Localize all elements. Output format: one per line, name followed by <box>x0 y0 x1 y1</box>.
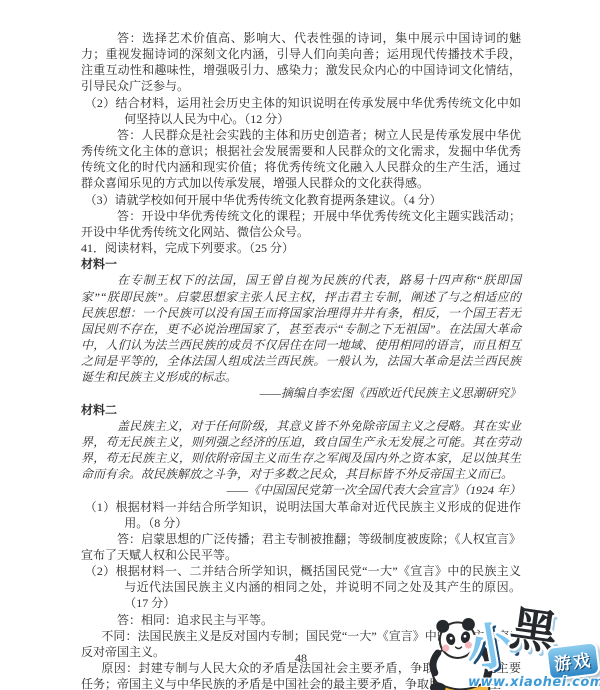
material-two-heading: 材料二 <box>81 402 521 418</box>
question-item: （3）请就学校如何开展中华优秀传统文化教育提两条建议。（4 分） <box>81 192 521 208</box>
source-attribution: ——摘编自李宏图《西欧近代民族主义思潮研究》 <box>81 385 521 401</box>
source-attribution: ——《中国国民党第一次全国代表大会宣言》（1924 年） <box>81 482 521 498</box>
material-two-text: 盖民族主义，对于任何阶级，其意义皆不外免除帝国主义之侵略。其在实业界，苟无民族主… <box>81 418 521 483</box>
question-item: （1）根据材料一并结合所学知识，说明法国大革命对近代民族主义形成的促进作用。（8… <box>81 499 521 531</box>
page-number: 48 <box>81 651 521 666</box>
question-item: （2）根据材料一、二并结合所学知识，概括国民党“一大”《宣言》中的民族主义与近代… <box>81 563 521 611</box>
question-item: （2）结合材料，运用社会历史主体的知识说明在传承发展中华优秀传统文化中如何坚持以… <box>81 95 521 127</box>
watermark-games-badge: 游戏 <box>545 641 600 681</box>
answer-paragraph: 答：选择艺术价值高、影响大、代表性强的诗词，集中展示中国诗词的魅力；重视发掘诗词… <box>81 30 521 95</box>
question-41-title: 41．阅读材料，完成下列要求。（25 分） <box>81 240 521 256</box>
material-one-text: 在专制王权下的法国，国王曾自视为民族的代表，路易十四声称“朕即国家”“朕即民族”… <box>81 272 521 385</box>
answer-paragraph: 答：开设中华优秀传统文化的课程；开展中华优秀传统文化主题实践活动；开设中华优秀传… <box>81 208 521 240</box>
answer-paragraph: 答：启蒙思想的广泛传播；君主专制被推翻；等级制度被废除；《人权宣言》宣布了天赋人… <box>81 531 521 563</box>
answer-paragraph: 答：人民群众是社会实践的主体和历史创造者；树立人民是传承发展中华优秀传统文化主体… <box>81 127 521 192</box>
answer-paragraph: 答：相同：追求民主与平等。 <box>81 612 521 628</box>
material-one-heading: 材料一 <box>81 256 521 272</box>
document-page: 答：选择艺术价值高、影响大、代表性强的诗词，集中展示中国诗词的魅力；重视发掘诗词… <box>81 30 521 690</box>
